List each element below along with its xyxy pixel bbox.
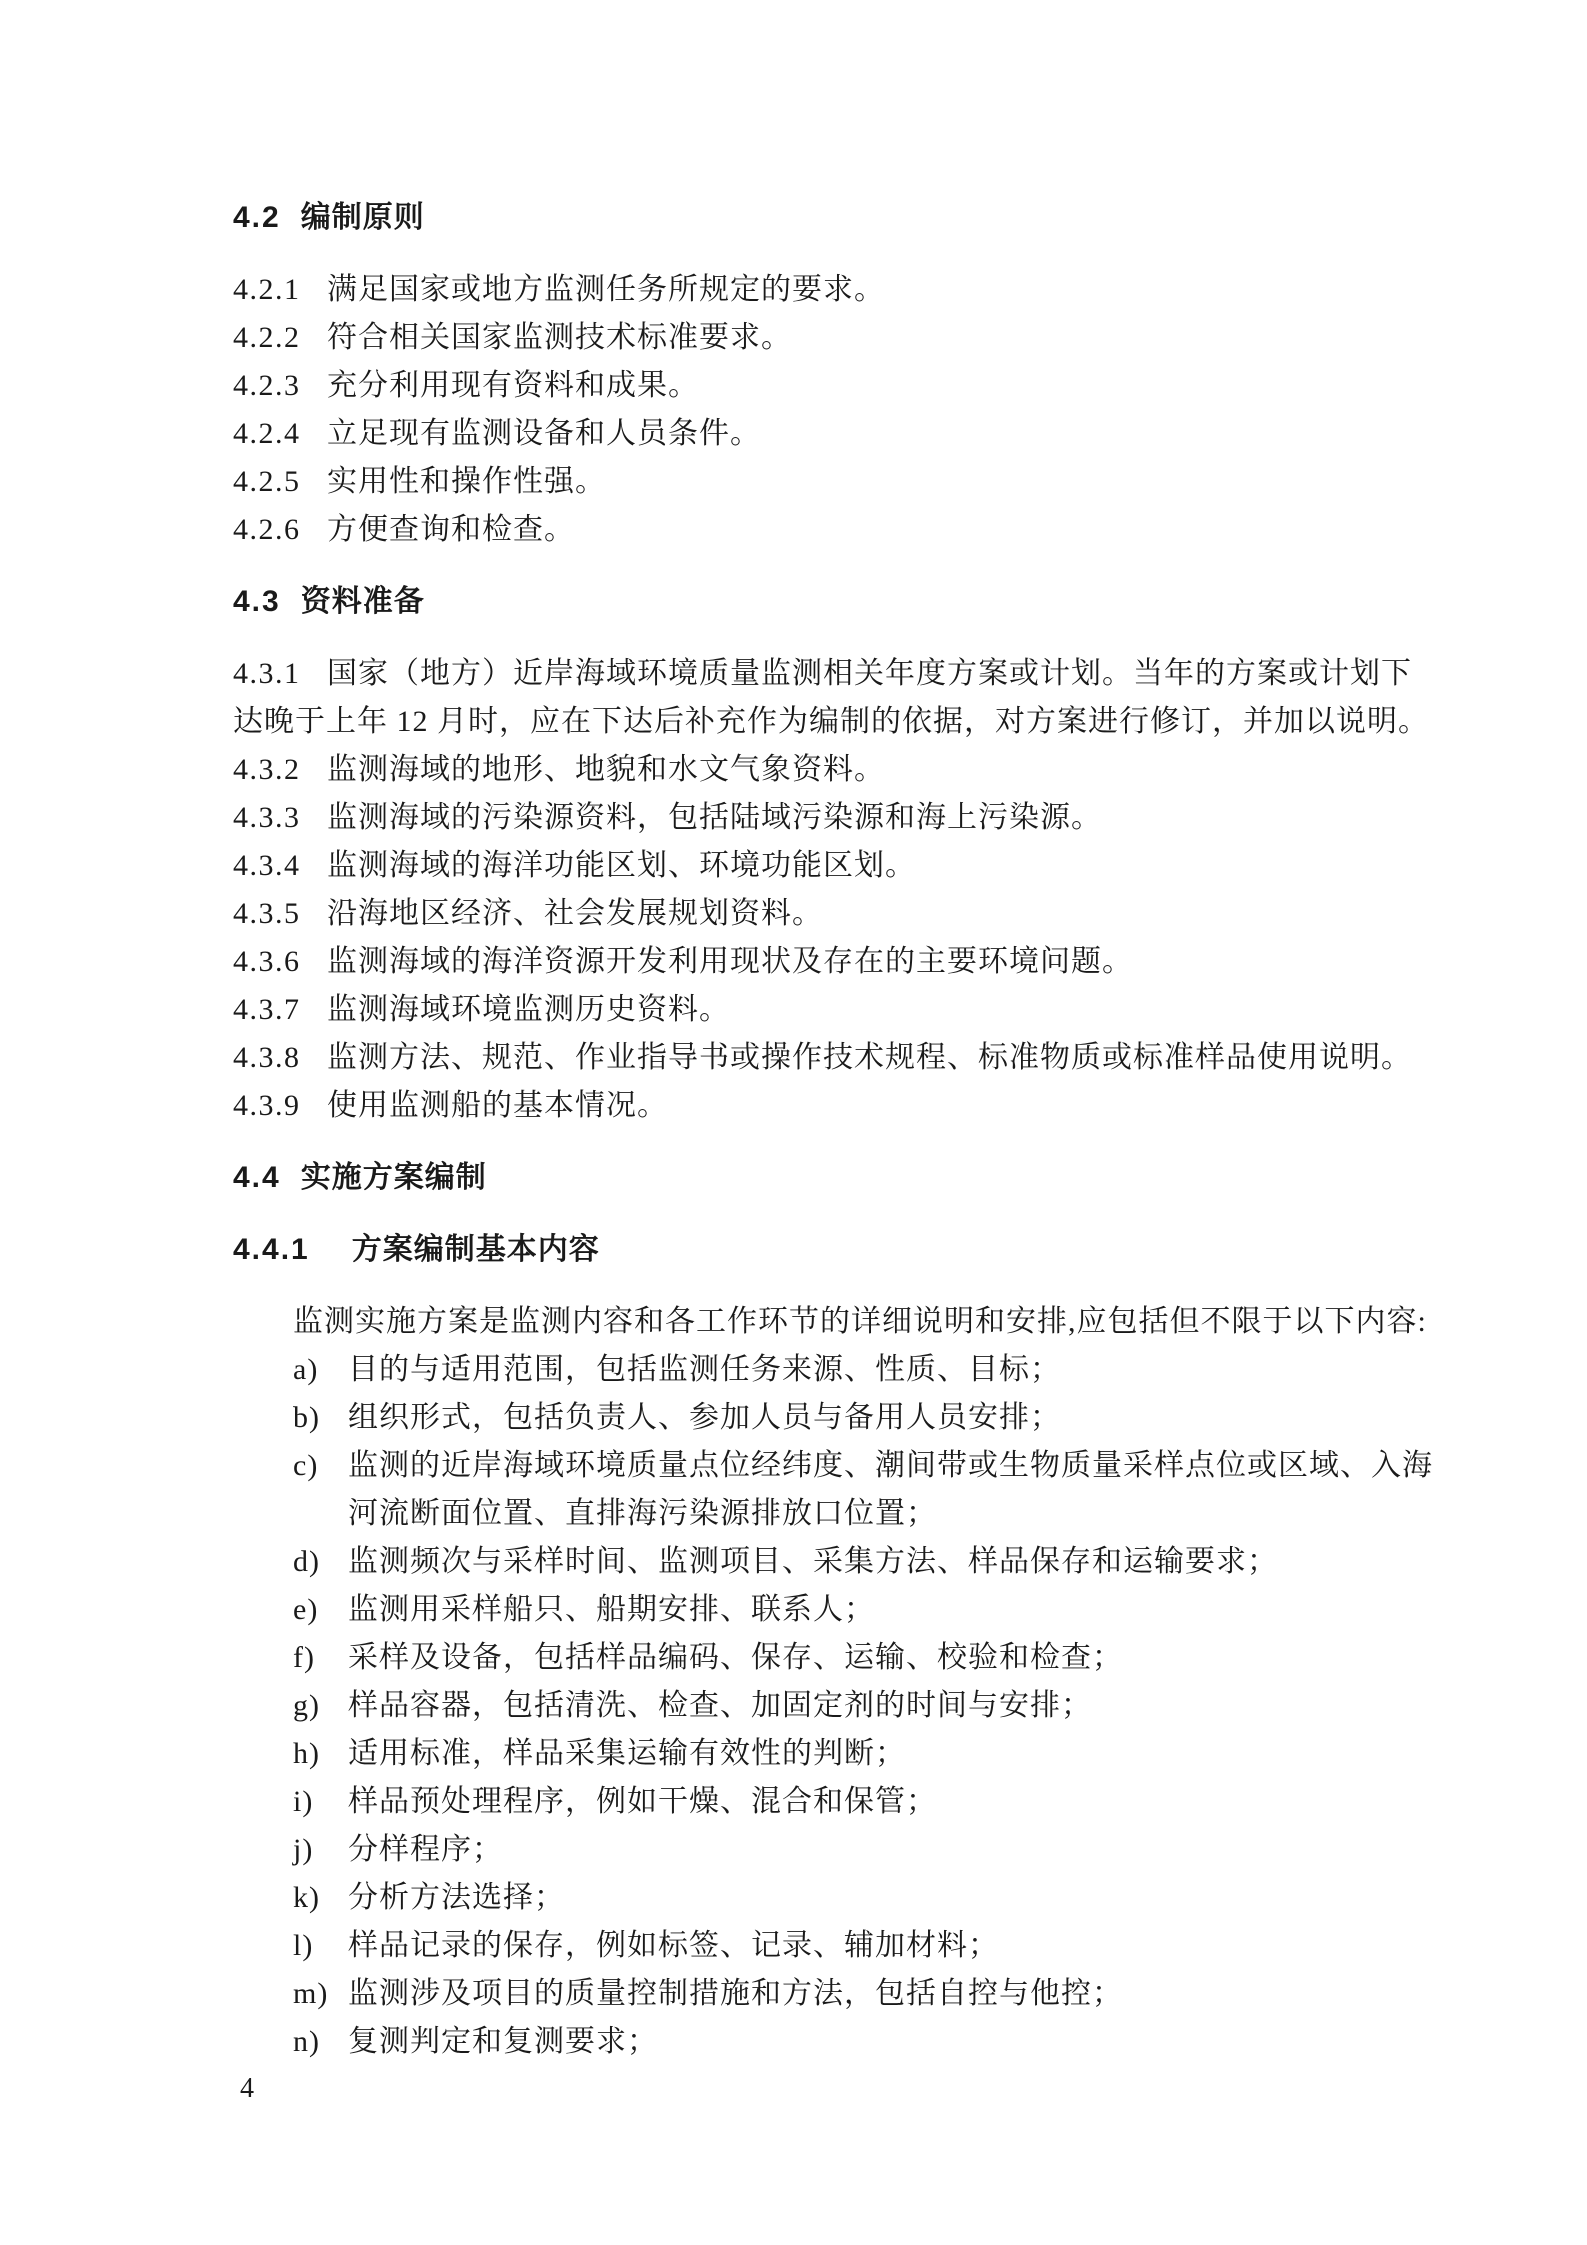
list-letter: j) [293,1826,348,1874]
section-number: 4.4 [233,1161,281,1194]
list-letter: m) [293,1970,348,2018]
clause-text-line2: 达晚于上年 12 月时，应在下达后补充作为编制的依据，对方案进行修订，并加以说明… [233,705,1429,738]
clause-number: 4.3.1 [233,650,327,698]
page-number: 4 [240,2072,254,2106]
section-heading-4-4: 4.4实施方案编制 [233,1154,1437,1202]
list-letter: k) [293,1874,348,1922]
list-item-j: j)分样程序； [293,1826,1437,1874]
list-text: 目的与适用范围，包括监测任务来源、性质、目标； [348,1346,1061,1394]
clause-text: 使用监测船的基本情况。 [327,1089,668,1122]
clause-text: 监测海域的地形、地貌和水文气象资料。 [327,753,885,786]
clause-number: 4.3.4 [233,842,327,890]
list-letter: l) [293,1922,348,1970]
list-letter: h) [293,1730,348,1778]
clause-4-2-1: 4.2.1满足国家或地方监测任务所规定的要求。 [233,266,1437,314]
clause-4-2-2: 4.2.2符合相关国家监测技术标准要求。 [233,314,1437,362]
clause-text: 监测海域环境监测历史资料。 [327,993,730,1026]
clause-text: 立足现有监测设备和人员条件。 [327,417,761,450]
clause-number: 4.3.6 [233,938,327,986]
section-number: 4.3 [233,585,281,618]
clause-4-3-1: 4.3.1国家（地方）近岸海域环境质量监测相关年度方案或计划。当年的方案或计划下… [233,650,1437,746]
clause-number: 4.3.9 [233,1082,327,1130]
list-text: 样品记录的保存，例如标签、记录、辅加材料； [348,1922,999,1970]
list-letter: d) [293,1538,348,1586]
clause-text: 监测方法、规范、作业指导书或操作技术规程、标准物质或标准样品使用说明。 [327,1041,1412,1074]
clause-4-2-4: 4.2.4立足现有监测设备和人员条件。 [233,410,1437,458]
clause-text-line1: 国家（地方）近岸海域环境质量监测相关年度方案或计划。当年的方案或计划下 [327,657,1412,690]
section-title: 资料准备 [301,585,425,618]
clause-4-2-3: 4.2.3充分利用现有资料和成果。 [233,362,1437,410]
list-item-h: h)适用标准，样品采集运输有效性的判断； [293,1730,1437,1778]
clause-4-3-5: 4.3.5沿海地区经济、社会发展规划资料。 [233,890,1437,938]
list-letter: b) [293,1394,348,1442]
document-page: 4.2编制原则 4.2.1满足国家或地方监测任务所规定的要求。 4.2.2符合相… [0,0,1587,2245]
list-text: 复测判定和复测要求； [348,2018,658,2066]
section-number: 4.4.1 [233,1233,310,1266]
list-text-line1: 监测的近岸海域环境质量点位经纬度、潮间带或生物质量采样点位或区域、入海 [348,1449,1433,1482]
section-heading-4-2: 4.2编制原则 [233,194,1437,242]
list-text: 监测频次与采样时间、监测项目、采集方法、样品保存和运输要求； [348,1538,1278,1586]
page-content: 4.2编制原则 4.2.1满足国家或地方监测任务所规定的要求。 4.2.2符合相… [0,0,1587,2066]
list-item-k: k)分析方法选择； [293,1874,1437,1922]
list-letter: f) [293,1634,348,1682]
clause-text: 满足国家或地方监测任务所规定的要求。 [327,273,885,306]
list-text: 分样程序； [348,1826,503,1874]
clause-text: 实用性和操作性强。 [327,465,606,498]
list-text: 样品预处理程序，例如干燥、混合和保管； [348,1778,937,1826]
clause-number: 4.2.5 [233,458,327,506]
list-letter: i) [293,1778,348,1826]
clause-text: 方便查询和检查。 [327,513,575,546]
clause-4-3-9: 4.3.9使用监测船的基本情况。 [233,1082,1437,1130]
clause-4-3-7: 4.3.7监测海域环境监测历史资料。 [233,986,1437,1034]
clause-number: 4.3.8 [233,1034,327,1082]
clause-number: 4.2.3 [233,362,327,410]
list-item-a: a)目的与适用范围，包括监测任务来源、性质、目标； [293,1346,1437,1394]
clause-number: 4.2.2 [233,314,327,362]
clause-text: 监测海域的海洋功能区划、环境功能区划。 [327,849,916,882]
lettered-list: a)目的与适用范围，包括监测任务来源、性质、目标； b)组织形式，包括负责人、参… [293,1346,1437,2066]
section-number: 4.2 [233,201,281,234]
section-heading-4-4-1: 4.4.1方案编制基本内容 [233,1226,1437,1274]
list-item-d: d)监测频次与采样时间、监测项目、采集方法、样品保存和运输要求； [293,1538,1437,1586]
clause-4-3-2: 4.3.2监测海域的地形、地貌和水文气象资料。 [233,746,1437,794]
clause-4-2-6: 4.2.6方便查询和检查。 [233,506,1437,554]
list-text: 监测用采样船只、船期安排、联系人； [348,1586,875,1634]
section-heading-4-3: 4.3资料准备 [233,578,1437,626]
list-text: 组织形式，包括负责人、参加人员与备用人员安排； [348,1394,1061,1442]
list-letter: n) [293,2018,348,2066]
list-item-f: f)采样及设备，包括样品编码、保存、运输、校验和检查； [293,1634,1437,1682]
clause-number: 4.2.1 [233,266,327,314]
clause-number: 4.3.2 [233,746,327,794]
list-item-b: b)组织形式，包括负责人、参加人员与备用人员安排； [293,1394,1437,1442]
clause-4-3-6: 4.3.6监测海域的海洋资源开发利用现状及存在的主要环境问题。 [233,938,1437,986]
list-letter: e) [293,1586,348,1634]
clause-text: 沿海地区经济、社会发展规划资料。 [327,897,823,930]
clause-4-3-4: 4.3.4监测海域的海洋功能区划、环境功能区划。 [233,842,1437,890]
clause-4-3-3: 4.3.3监测海域的污染源资料，包括陆域污染源和海上污染源。 [233,794,1437,842]
clause-number: 4.3.5 [233,890,327,938]
section-title: 实施方案编制 [301,1161,487,1194]
list-item-l: l)样品记录的保存，例如标签、记录、辅加材料； [293,1922,1437,1970]
list-letter: g) [293,1682,348,1730]
list-text: 适用标准，样品采集运输有效性的判断； [348,1730,906,1778]
list-text: 监测涉及项目的质量控制措施和方法，包括自控与他控； [348,1970,1123,2018]
clause-text: 充分利用现有资料和成果。 [327,369,699,402]
list-text: 样品容器，包括清洗、检查、加固定剂的时间与安排； [348,1682,1092,1730]
clause-number: 4.3.7 [233,986,327,1034]
clause-number: 4.3.3 [233,794,327,842]
clause-text: 符合相关国家监测技术标准要求。 [327,321,792,354]
section-title: 方案编制基本内容 [352,1233,600,1266]
list-item-c: c)监测的近岸海域环境质量点位经纬度、潮间带或生物质量采样点位或区域、入海河流断… [293,1442,1437,1538]
list-letter: a) [293,1346,348,1394]
list-letter: c) [293,1442,348,1538]
clause-4-2-5: 4.2.5实用性和操作性强。 [233,458,1437,506]
clause-text: 监测海域的污染源资料，包括陆域污染源和海上污染源。 [327,801,1102,834]
list-item-i: i)样品预处理程序，例如干燥、混合和保管； [293,1778,1437,1826]
clause-text: 监测海域的海洋资源开发利用现状及存在的主要环境问题。 [327,945,1133,978]
clause-number: 4.2.4 [233,410,327,458]
list-text: 采样及设备，包括样品编码、保存、运输、校验和检查； [348,1634,1123,1682]
list-item-n: n)复测判定和复测要求； [293,2018,1437,2066]
clause-number: 4.2.6 [233,506,327,554]
list-text: 分析方法选择； [348,1874,565,1922]
list-item-g: g)样品容器，包括清洗、检查、加固定剂的时间与安排； [293,1682,1437,1730]
list-item-m: m)监测涉及项目的质量控制措施和方法，包括自控与他控； [293,1970,1437,2018]
clause-4-3-8: 4.3.8监测方法、规范、作业指导书或操作技术规程、标准物质或标准样品使用说明。 [233,1034,1437,1082]
list-text-line2: 河流断面位置、直排海污染源排放口位置； [348,1497,937,1530]
list-item-e: e)监测用采样船只、船期安排、联系人； [293,1586,1437,1634]
intro-paragraph: 监测实施方案是监测内容和各工作环节的详细说明和安排,应包括但不限于以下内容: [293,1298,1437,1346]
section-title: 编制原则 [301,201,425,234]
list-text: 监测的近岸海域环境质量点位经纬度、潮间带或生物质量采样点位或区域、入海河流断面位… [348,1442,1433,1538]
